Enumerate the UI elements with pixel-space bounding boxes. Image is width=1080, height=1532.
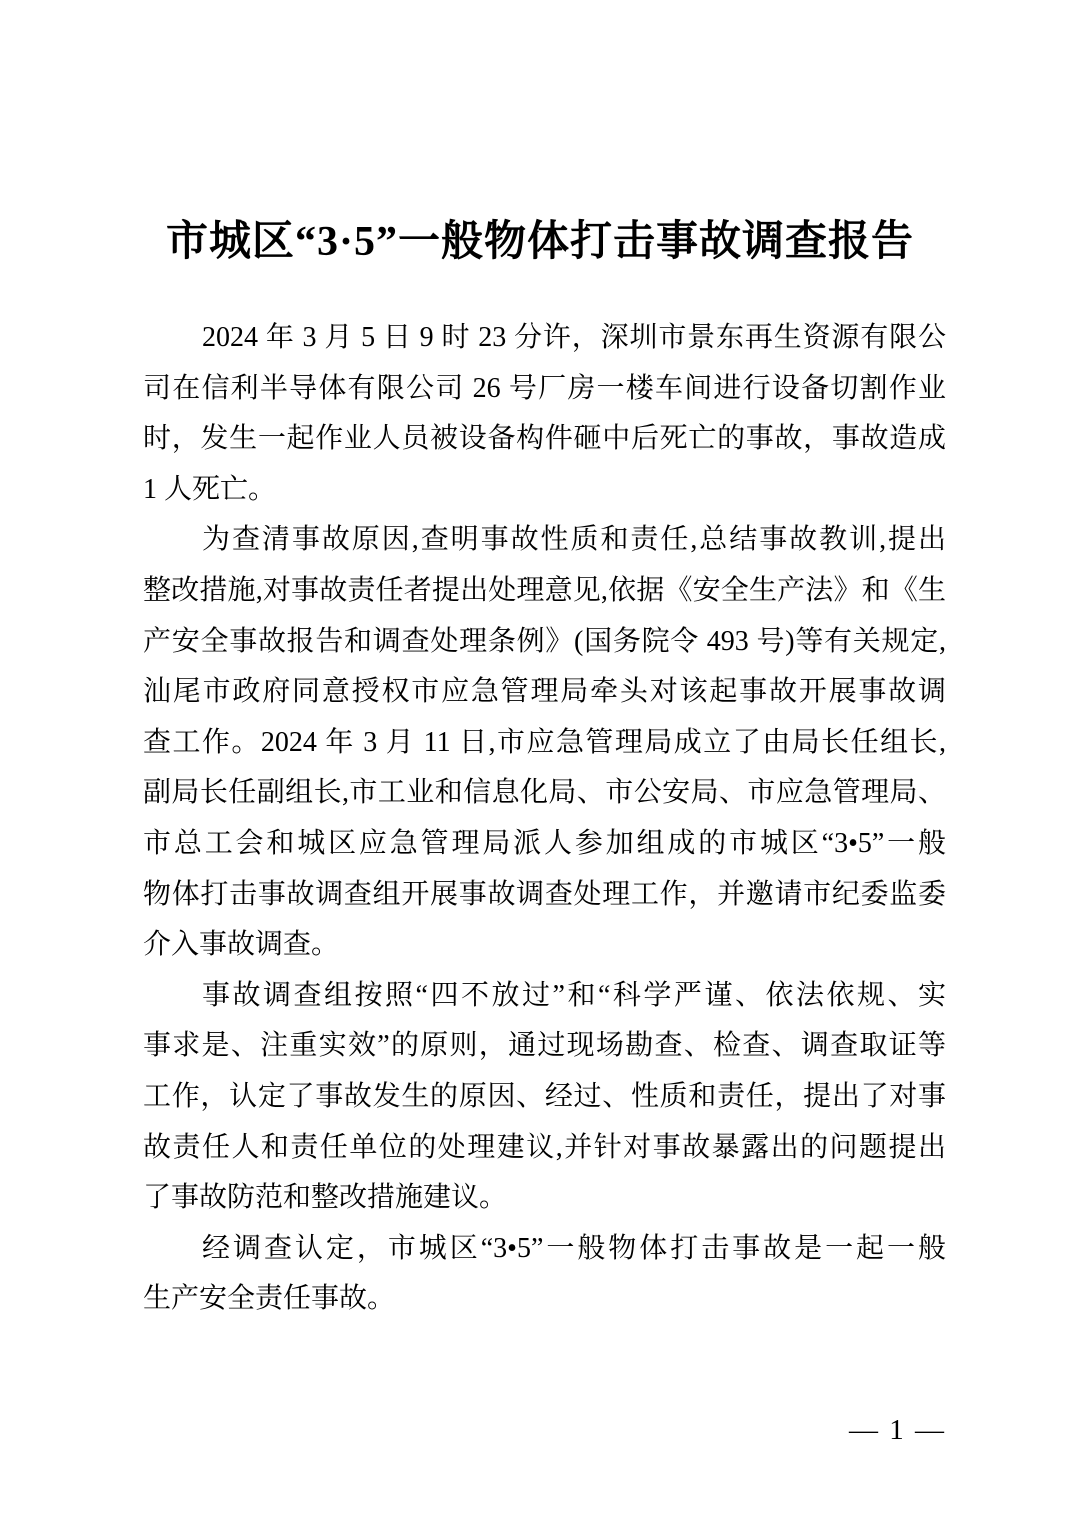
body-line: 整改措施,对事故责任者提出处理意见,依据《安全生产法》和《生 [143,566,946,617]
document-body: 2024 年 3 月 5 日 9 时 23 分许，深圳市景东再生资源有限公司在信… [143,313,946,1325]
body-line: 物体打击事故调查组开展事故调查处理工作，并邀请市纪委监委 [143,870,946,921]
body-line: 为查清事故原因,查明事故性质和责任,总结事故教训,提出 [143,515,946,566]
body-line: 了事故防范和整改措施建议。 [143,1173,946,1224]
body-paragraph: 经调查认定，市城区“3•5”一般物体打击事故是一起一般生产安全责任事故。 [143,1224,946,1325]
body-line: 汕尾市政府同意授权市应急管理局牵头对该起事故开展事故调 [143,667,946,718]
body-line: 经调查认定，市城区“3•5”一般物体打击事故是一起一般 [143,1224,946,1275]
body-line: 介入事故调查。 [143,920,946,971]
body-paragraph: 2024 年 3 月 5 日 9 时 23 分许，深圳市景东再生资源有限公司在信… [143,313,946,515]
body-line: 生产安全责任事故。 [143,1274,946,1325]
body-line: 副局长任副组长,市工业和信息化局、市公安局、市应急管理局、 [143,768,946,819]
page-number: — 1 — [849,1412,946,1448]
body-line: 工作，认定了事故发生的原因、经过、性质和责任，提出了对事 [143,1072,946,1123]
body-line: 查工作。2024 年 3 月 11 日,市应急管理局成立了由局长任组长, [143,718,946,769]
body-paragraph: 为查清事故原因,查明事故性质和责任,总结事故教训,提出整改措施,对事故责任者提出… [143,515,946,970]
page-title: 市城区“3·5”一般物体打击事故调查报告 [0,216,1080,269]
body-line: 事求是、注重实效”的原则，通过现场勘查、检查、调查取证等 [143,1021,946,1072]
body-line: 故责任人和责任单位的处理建议,并针对事故暴露出的问题提出 [143,1123,946,1174]
body-line: 1 人死亡。 [143,465,946,516]
document-page: 市城区“3·5”一般物体打击事故调查报告 2024 年 3 月 5 日 9 时 … [0,0,1080,1532]
body-line: 市总工会和城区应急管理局派人参加组成的市城区“3•5”一般 [143,819,946,870]
body-paragraph: 事故调查组按照“四不放过”和“科学严谨、依法依规、实事求是、注重实效”的原则，通… [143,971,946,1224]
body-line: 产安全事故报告和调查处理条例》(国务院令 493 号)等有关规定, [143,617,946,668]
body-line: 2024 年 3 月 5 日 9 时 23 分许，深圳市景东再生资源有限公 [143,313,946,364]
body-line: 时，发生一起作业人员被设备构件砸中后死亡的事故，事故造成 [143,414,946,465]
body-line: 事故调查组按照“四不放过”和“科学严谨、依法依规、实 [143,971,946,1022]
body-line: 司在信利半导体有限公司 26 号厂房一楼车间进行设备切割作业 [143,364,946,415]
